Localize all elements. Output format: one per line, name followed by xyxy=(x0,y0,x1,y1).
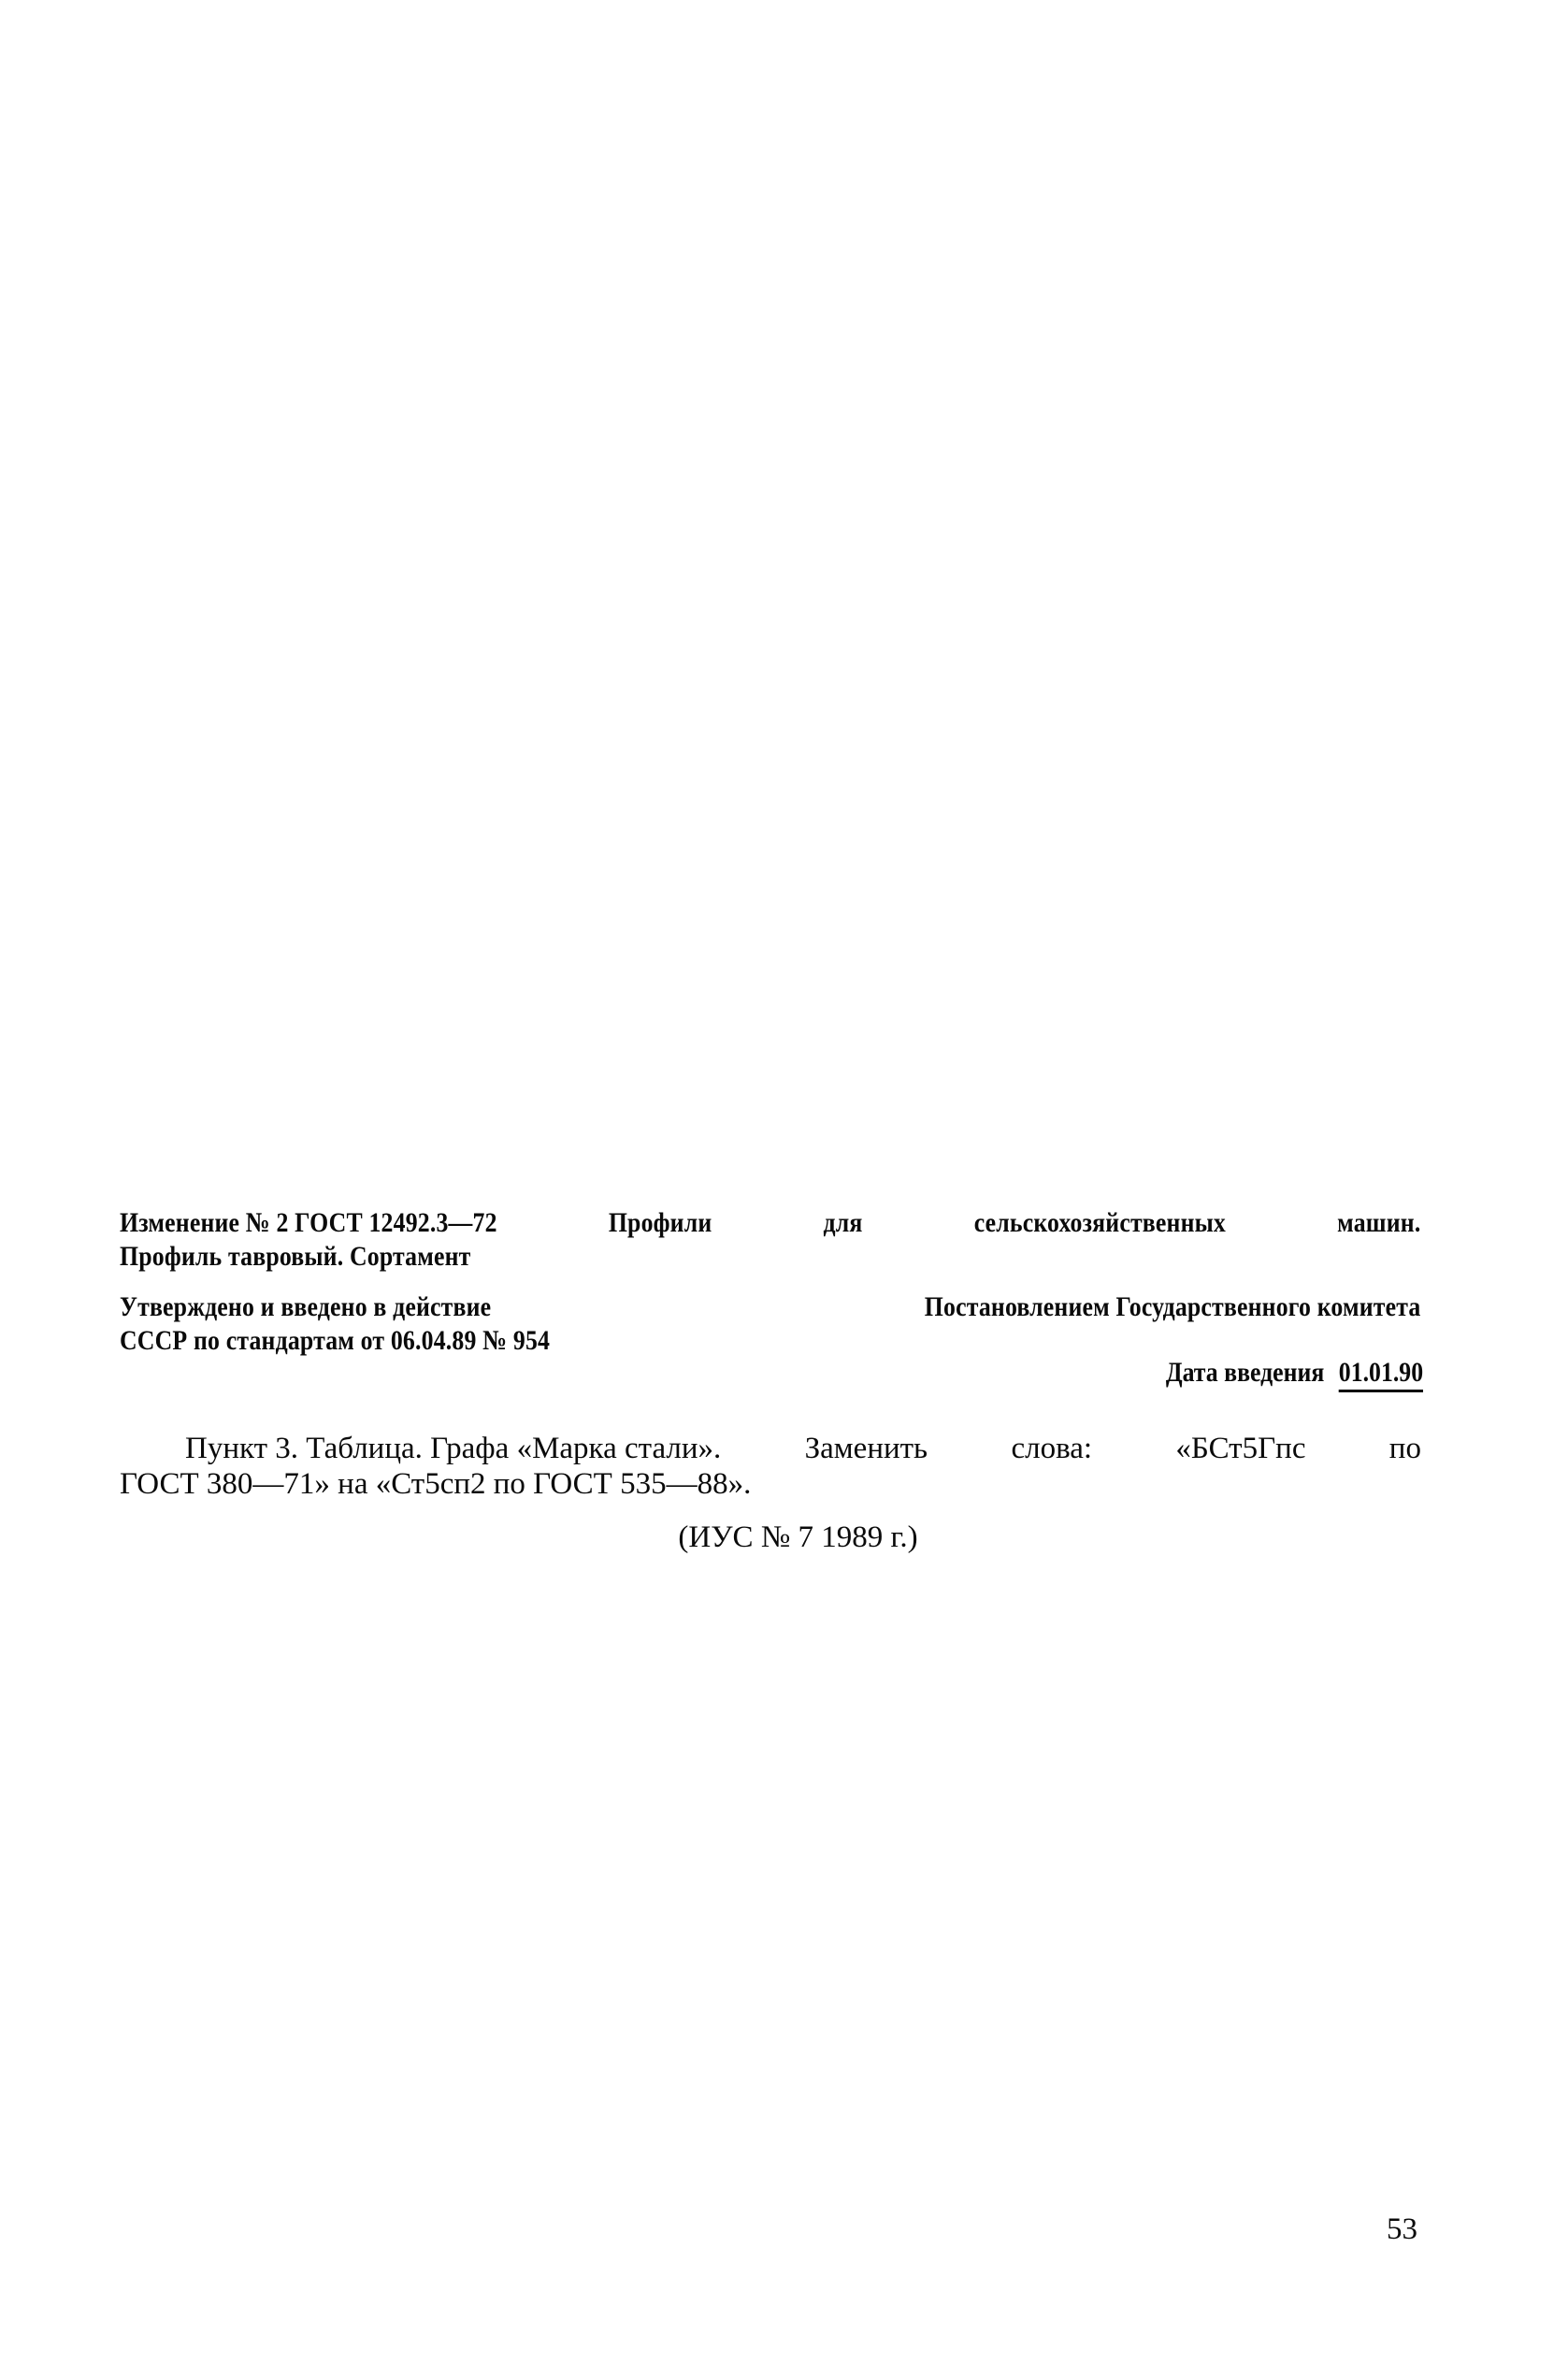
amendment-word: Заменить xyxy=(805,1431,928,1466)
title-line-1: Изменение № 2 ГОСТ 12492.3—72 Профили дл… xyxy=(120,1206,1420,1240)
effective-date-value: 01.01.90 xyxy=(1339,1357,1423,1392)
approval-decree: СССР по стандартам от 06.04.89 № 954 xyxy=(120,1324,550,1358)
title-subtitle: Профиль тавровый. Сортамент xyxy=(120,1240,471,1274)
title-word: Профили xyxy=(609,1206,712,1240)
approval-statement: Утверждено и введено в действие Постанов… xyxy=(120,1290,1421,1358)
amendment-replacement: ГОСТ 380—71» на «Ст5сп2 по ГОСТ 535—88». xyxy=(120,1466,751,1502)
approval-line-1: Утверждено и введено в действие Постанов… xyxy=(120,1290,1420,1324)
title-standard-ref: Изменение № 2 ГОСТ 12492.3—72 xyxy=(120,1206,497,1240)
amendment-word: по xyxy=(1389,1431,1421,1466)
approval-line-2: СССР по стандартам от 06.04.89 № 954 xyxy=(120,1324,1420,1358)
title-word: сельскохозяйственных xyxy=(974,1206,1226,1240)
amendment-word: Пункт 3. Таблица. Графа «Марка стали». xyxy=(185,1431,721,1466)
amendment-text: Пункт 3. Таблица. Графа «Марка стали». З… xyxy=(120,1431,1421,1502)
approval-text-right: Постановлением Государственного комитета xyxy=(925,1290,1421,1324)
effective-date-label: Дата введения xyxy=(1166,1357,1325,1388)
amendment-word: слова: xyxy=(1011,1431,1092,1466)
source-reference: (ИУС № 7 1989 г.) xyxy=(0,1520,1568,1555)
title-word: для xyxy=(824,1206,863,1240)
effective-date: Дата введения01.01.90 xyxy=(1166,1356,1423,1390)
title-line-2: Профиль тавровый. Сортамент xyxy=(120,1240,1420,1274)
title-word: машин. xyxy=(1337,1206,1420,1240)
amendment-word: «БСт5Гпс xyxy=(1175,1431,1305,1466)
document-page: Изменение № 2 ГОСТ 12492.3—72 Профили дл… xyxy=(0,0,1568,2363)
approval-text-left: Утверждено и введено в действие xyxy=(120,1290,491,1324)
amendment-title: Изменение № 2 ГОСТ 12492.3—72 Профили дл… xyxy=(120,1206,1421,1274)
amendment-line-2: ГОСТ 380—71» на «Ст5сп2 по ГОСТ 535—88». xyxy=(120,1466,1421,1502)
page-number: 53 xyxy=(1387,2212,1417,2247)
amendment-line-1: Пункт 3. Таблица. Графа «Марка стали». З… xyxy=(120,1431,1421,1466)
